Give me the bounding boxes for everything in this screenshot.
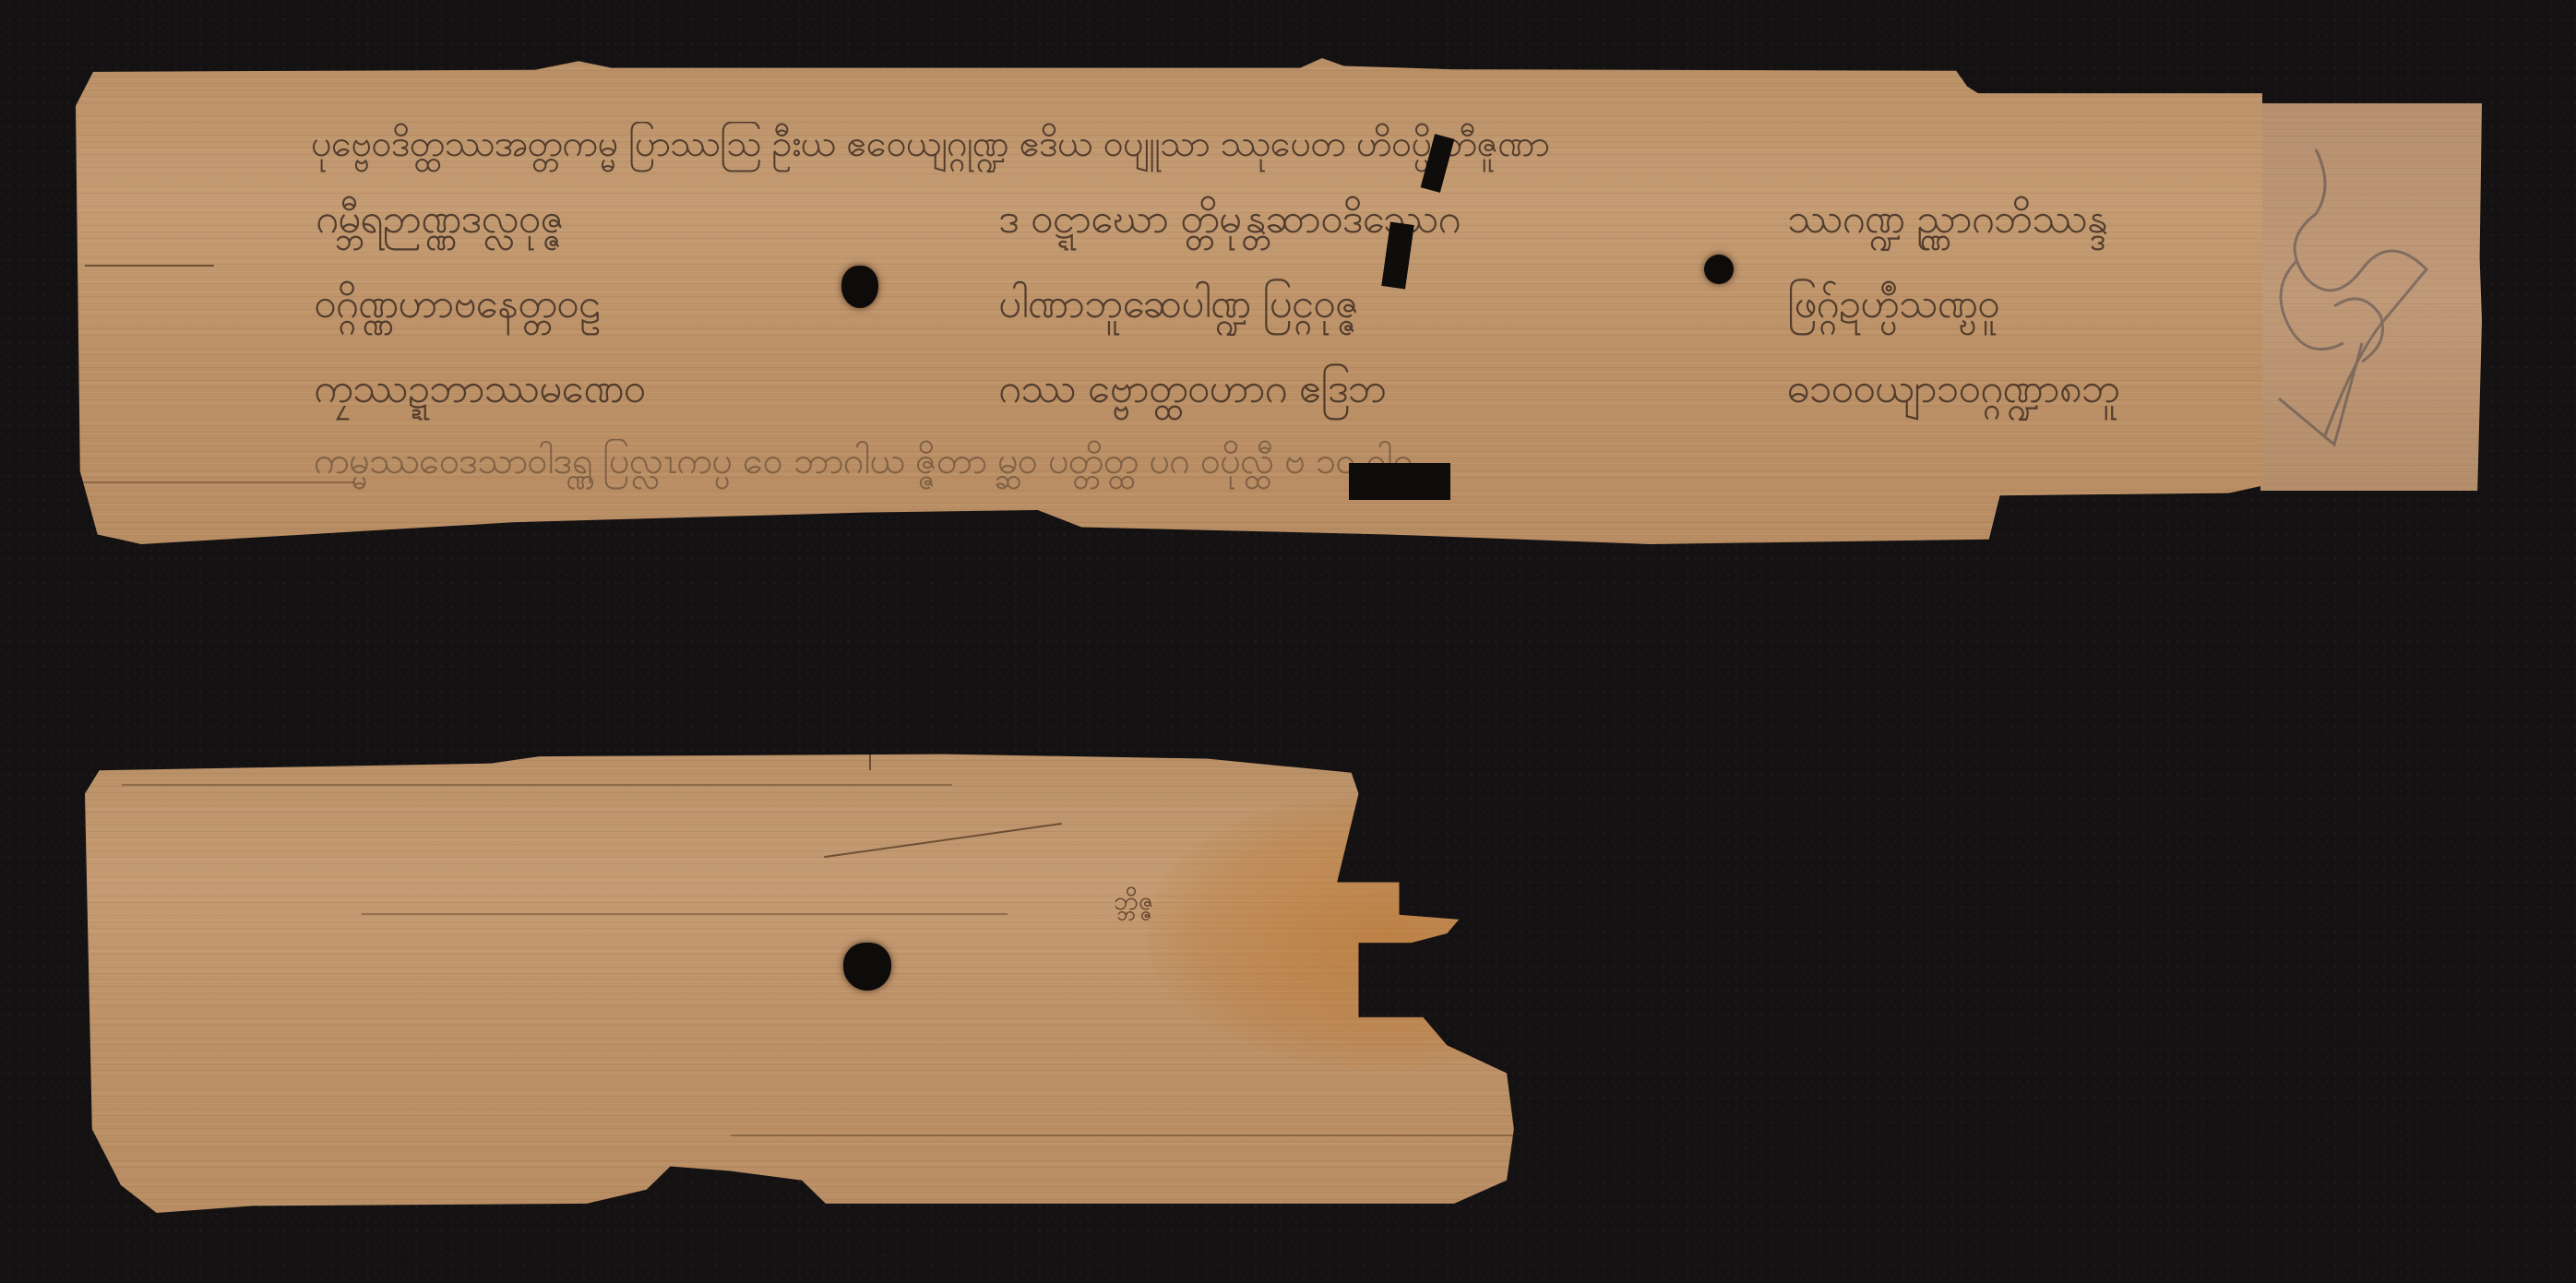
script-line-1: ပုဗ္ဗေဝဒိတ္ထဿအတ္တကမ္မ ပြာဿသြ ဦးယ ဧဝေယျဂ္… <box>311 120 1549 174</box>
leaf-fiber <box>362 913 1008 915</box>
script-right-line-4: ဓ၁ဝဝယျာ၁ဝဂ္ဂဏ္ဍာ၈ဘူ <box>1787 363 2119 422</box>
string-hole-right <box>1704 255 1734 284</box>
script-line-5: ကမ္မဿဝေဒသာဝါဒရ္ဏ ပြလ္လၤကပ္ပ ဝေ ဘာဂါယ ဇ္ဇ… <box>314 437 1413 492</box>
leaf-tear <box>1349 463 1450 500</box>
leaf-fiber <box>122 784 952 786</box>
top-leaf-right-strip <box>2260 103 2482 491</box>
script-middle-line-4: ဂဿ ဗ္ဗောတ္ထဝဟာဂ ဧဒြဘ <box>998 363 1386 422</box>
leaf-fiber <box>731 1135 1561 1136</box>
top-palm-leaf: ပုဗ္ဗေဝဒိတ္ထဿအတ္တကမ္မ ပြာဿသြ ဦးယ ဧဝေယျဂ္… <box>76 57 2262 544</box>
script-left-line-4: ကၠဿဍ္ဍဘာဿမဏေဝ <box>314 363 645 422</box>
folio-number-mark: ဘ္ဘိဇ္ဇ <box>1114 884 1154 922</box>
leaf-fiber <box>78 481 354 483</box>
script-right-line-2: ဿဂဏ္ဍ ည္ဏာဂဘိဿန္ဒ <box>1787 194 2107 253</box>
leaf-crack <box>85 265 214 267</box>
script-left-line-3: ဝဂ္ဂိဏ္ဏဟာဗနေတ္တဝဠ <box>314 279 601 338</box>
leaf-crack <box>824 823 1062 858</box>
script-middle-line-3: ပါဏာဘူဆေပါဏ္ဍ ပြင္ဂဝုဇ္ဇ <box>998 279 1358 338</box>
script-right-line-3: ဖြဂ္ဂ်ဍဟ္ပဳသဏ္ဎဝူ <box>1787 279 1999 338</box>
string-hole-left <box>841 266 878 308</box>
script-left-line-2: ဂမ္ဘီရဉာဏ္ဏဒလ္လဝုဇ္ဇ <box>316 194 564 253</box>
string-hole-left <box>843 943 891 991</box>
